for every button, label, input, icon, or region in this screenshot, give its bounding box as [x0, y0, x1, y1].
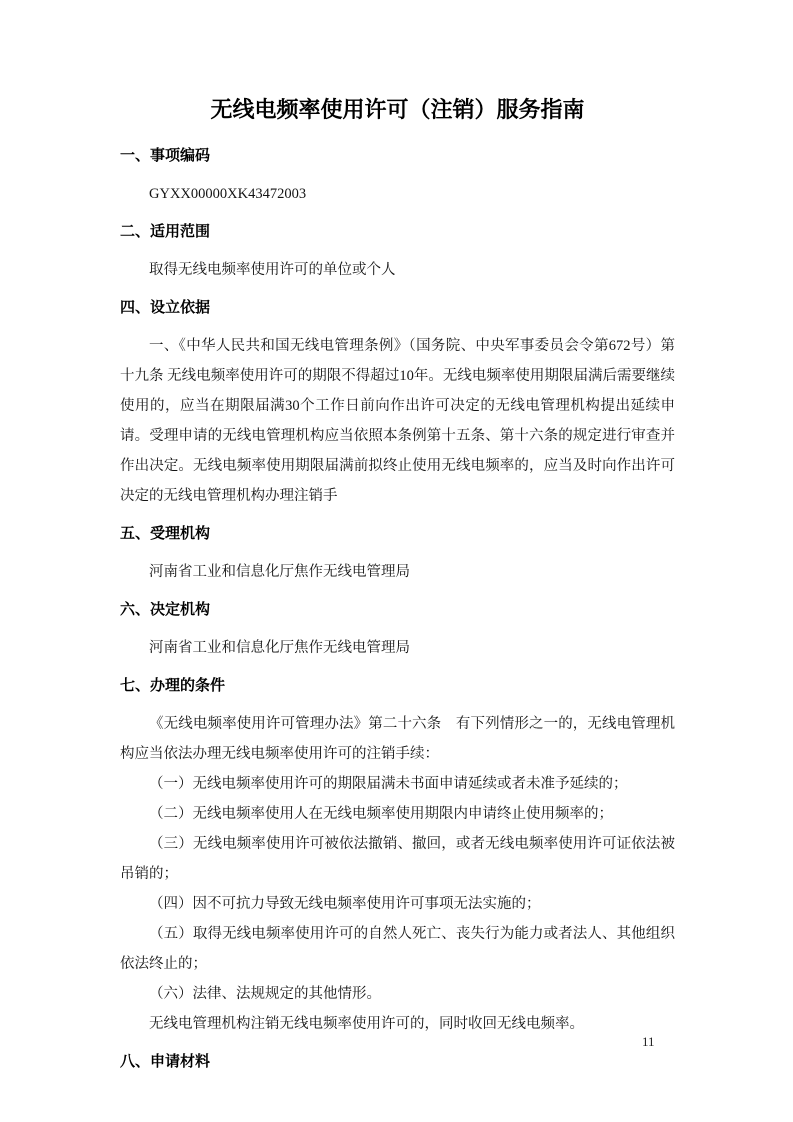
section-application-materials: 八、申请材料	[120, 1047, 675, 1077]
condition-item-2: （二）无线电频率使用人在无线电频率使用期限内申请终止使用频率的；	[120, 799, 675, 829]
conditions-closing-note: 无线电管理机构注销无线电频率使用许可的，同时收回无线电频率。	[120, 1009, 675, 1039]
condition-item-5: （五）取得无线电频率使用许可的自然人死亡、丧失行为能力或者法人、其他组织依法终止…	[120, 919, 675, 979]
document-page: 无线电频率使用许可（注销）服务指南 一、事项编码 GYXX00000XK4347…	[0, 0, 793, 1122]
section-scope: 二、适用范围 取得无线电频率使用许可的单位或个人	[120, 217, 675, 285]
section-heading: 六、决定机构	[120, 595, 675, 625]
legal-basis-text: 一、《中华人民共和国无线电管理条例》（国务院、中央军事委员会令第672号）第十九…	[120, 331, 675, 511]
item-code-value: GYXX00000XK43472003	[120, 179, 675, 209]
section-heading: 八、申请材料	[120, 1047, 675, 1077]
condition-item-6: （六）法律、法规规定的其他情形。	[120, 979, 675, 1009]
document-title: 无线电频率使用许可（注销）服务指南	[120, 95, 675, 125]
section-accepting-agency: 五、受理机构 河南省工业和信息化厅焦作无线电管理局	[120, 519, 675, 587]
condition-item-1: （一）无线电频率使用许可的期限届满未书面申请延续或者未准予延续的；	[120, 769, 675, 799]
section-heading: 七、办理的条件	[120, 671, 675, 701]
section-heading: 一、事项编码	[120, 141, 675, 171]
section-deciding-agency: 六、决定机构 河南省工业和信息化厅焦作无线电管理局	[120, 595, 675, 663]
page-number: 11	[642, 1033, 655, 1051]
section-heading: 二、适用范围	[120, 217, 675, 247]
section-item-code: 一、事项编码 GYXX00000XK43472003	[120, 141, 675, 209]
section-conditions: 七、办理的条件 《无线电频率使用许可管理办法》第二十六条 有下列情形之一的，无线…	[120, 671, 675, 1039]
conditions-intro: 《无线电频率使用许可管理办法》第二十六条 有下列情形之一的，无线电管理机构应当依…	[120, 709, 675, 769]
section-heading: 五、受理机构	[120, 519, 675, 549]
scope-text: 取得无线电频率使用许可的单位或个人	[120, 255, 675, 285]
condition-item-3: （三）无线电频率使用许可被依法撤销、撤回，或者无线电频率使用许可证依法被吊销的；	[120, 829, 675, 889]
section-heading: 四、设立依据	[120, 293, 675, 323]
accepting-agency-text: 河南省工业和信息化厅焦作无线电管理局	[120, 557, 675, 587]
section-legal-basis: 四、设立依据 一、《中华人民共和国无线电管理条例》（国务院、中央军事委员会令第6…	[120, 293, 675, 511]
condition-item-4: （四）因不可抗力导致无线电频率使用许可事项无法实施的；	[120, 889, 675, 919]
deciding-agency-text: 河南省工业和信息化厅焦作无线电管理局	[120, 633, 675, 663]
